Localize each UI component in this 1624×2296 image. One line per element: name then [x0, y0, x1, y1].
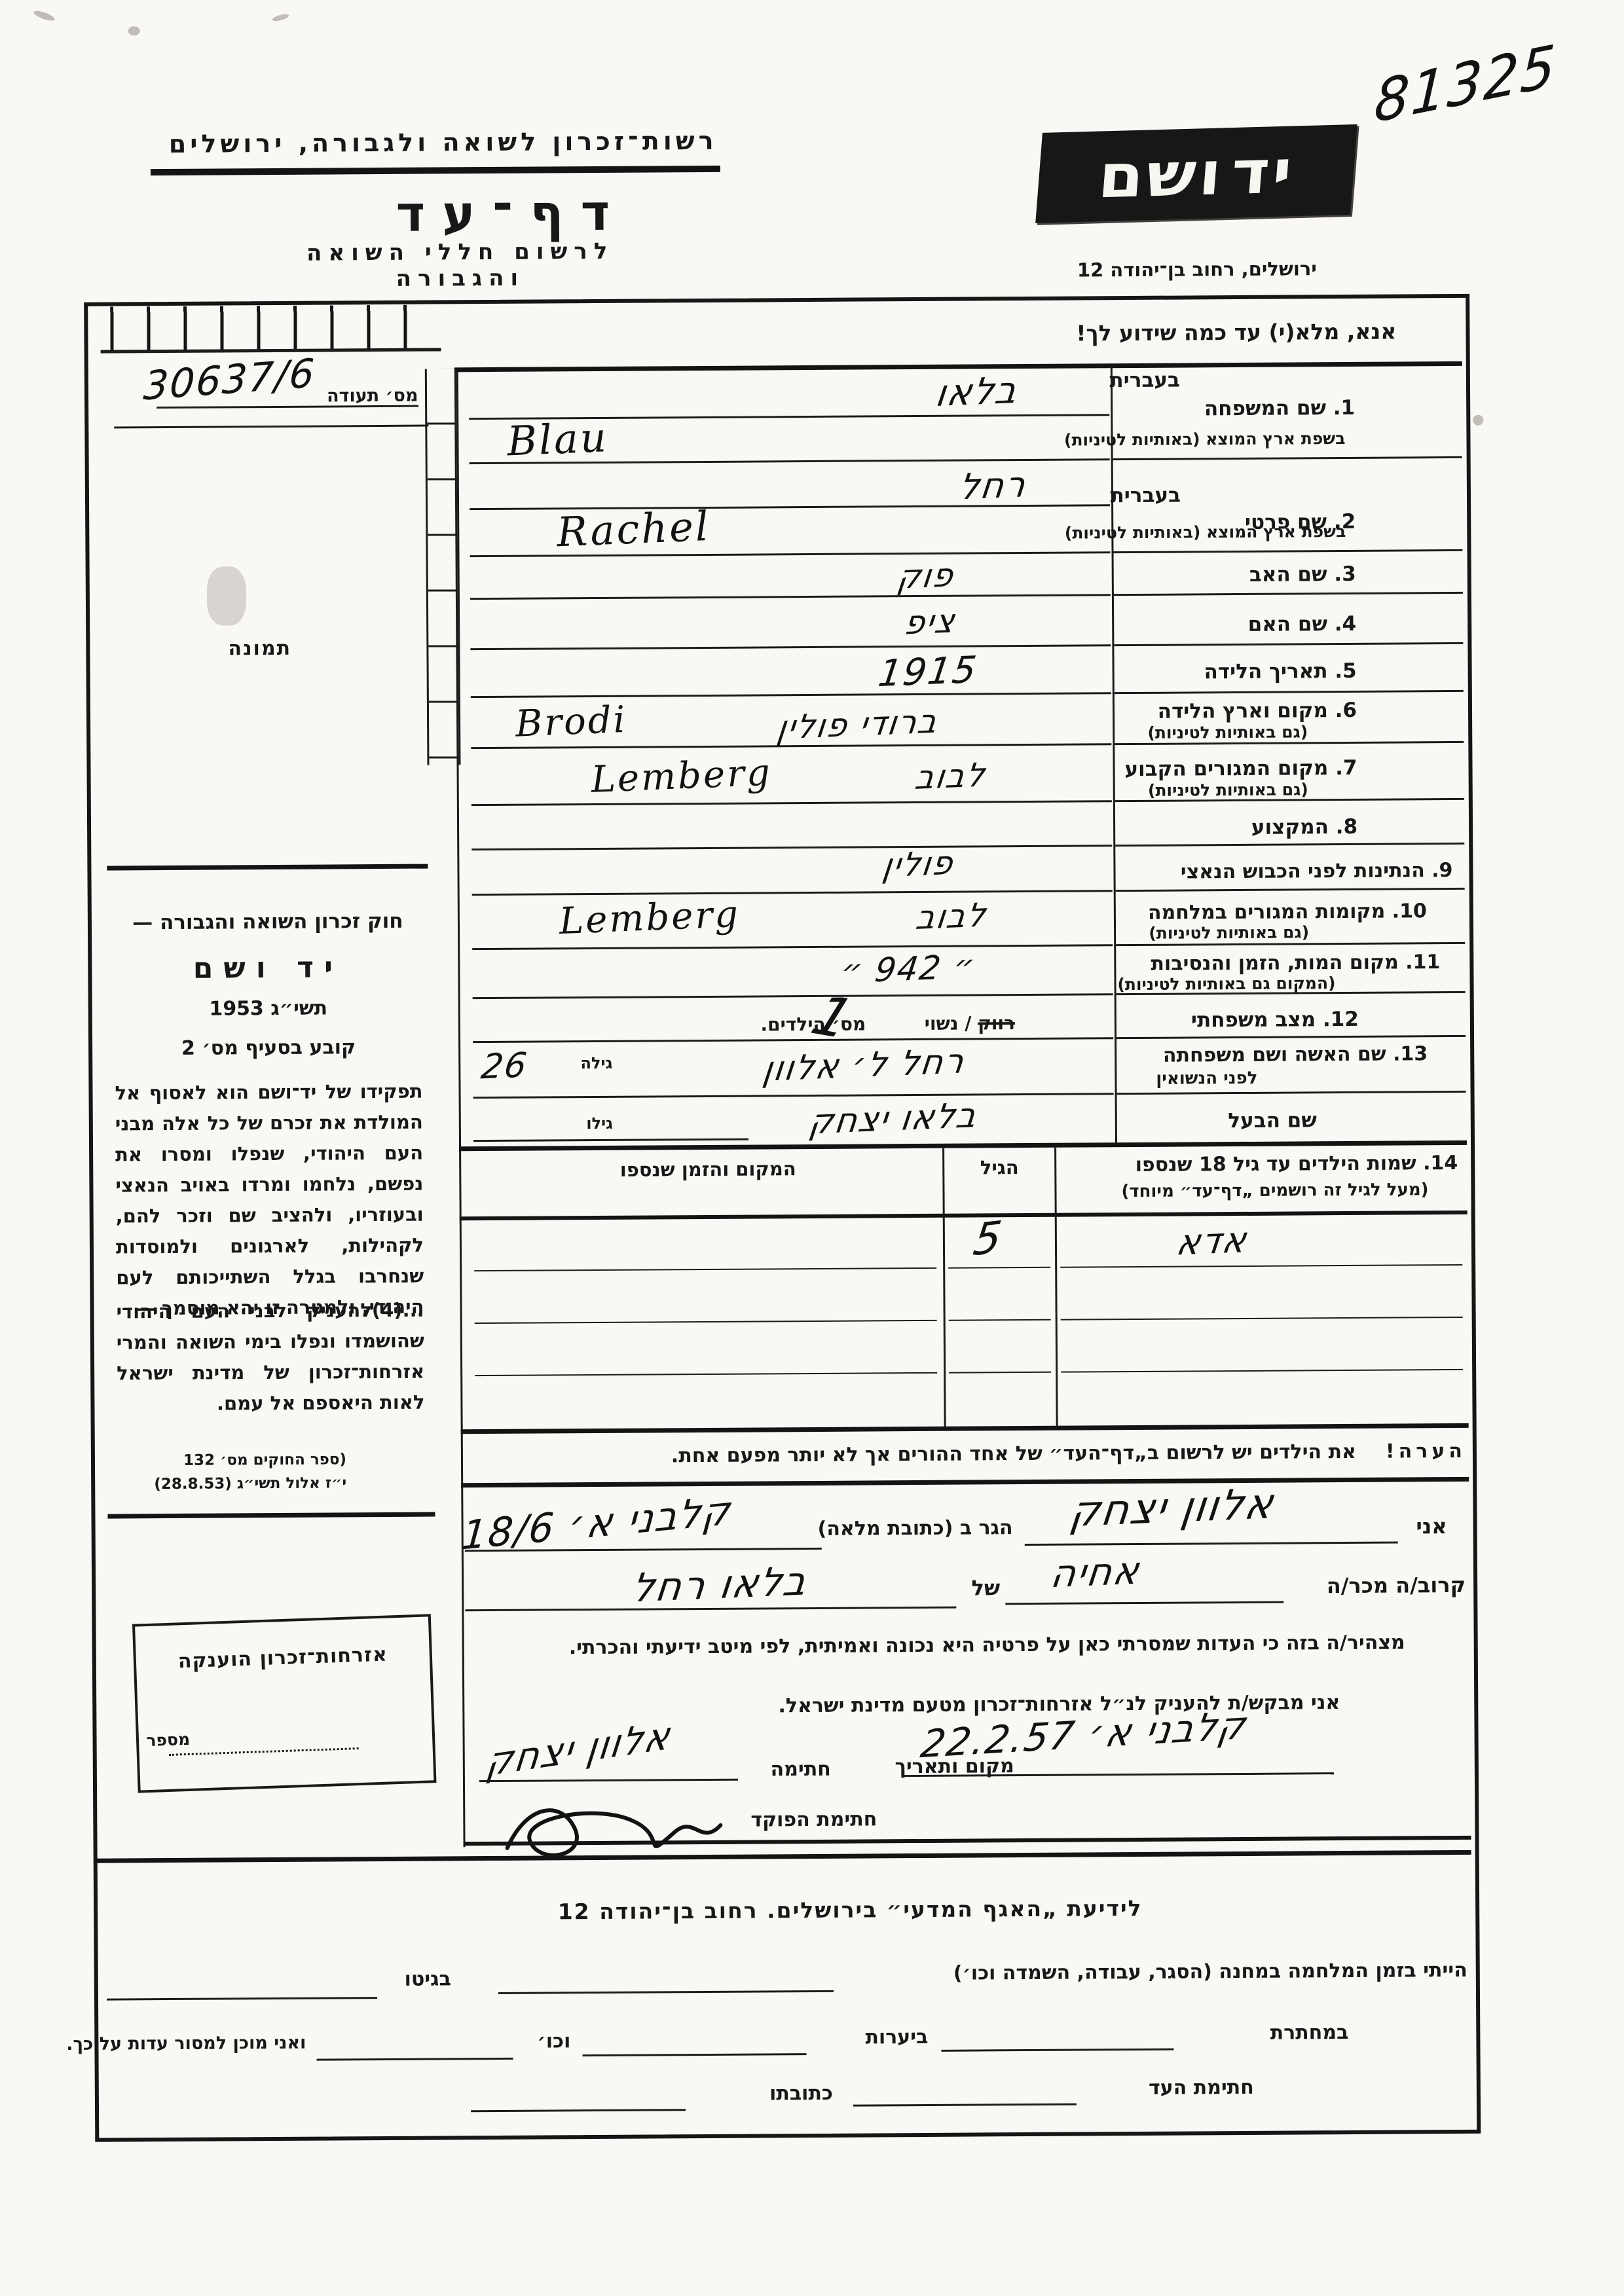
hw-war-residence-latin: Lemberg: [559, 893, 741, 943]
footer-ghetto-label: בגיטו: [404, 1967, 451, 1990]
footer-witness-signature-label: חתימת העד: [1149, 2076, 1254, 2100]
stamp-number-line: [169, 1747, 359, 1756]
doc-number-ruler-ticks: [110, 305, 434, 352]
hw-relation: אחיה: [1048, 1548, 1143, 1596]
logo-text: יד ושם: [1096, 136, 1297, 211]
yad-vashem-logo: יד ושם: [1035, 124, 1357, 223]
label-field-1: 1. שם המשפחה: [1204, 396, 1355, 420]
marital-option-single: רווק: [978, 1012, 1015, 1034]
label-field-6: 6. מקום וארץ הלידה: [1158, 699, 1357, 723]
hw-father-name: פוק: [895, 556, 957, 596]
footer-department-line: לידיעת „האגף המדעי״ בירושלים. רחוב בן־יה…: [503, 1895, 1197, 1924]
hw-citizenship: פולין: [881, 844, 957, 885]
form-instruction: אנא, מלא(י) עד כמה שידוע לך!: [1076, 318, 1403, 346]
scan-tilt-wrapper: רשות־זכרון לשואה ולגבורה, ירושלים דף־עד …: [0, 0, 1624, 2296]
label-field-12: 12. מצב משפחתי: [1191, 1008, 1359, 1032]
label-field-13-sub: לפני הנשואין: [1156, 1068, 1257, 1089]
stamp-number-label: מספר: [146, 1730, 191, 1750]
marital-option-married: / נשוי: [925, 1013, 972, 1034]
law-source-2: י״ז אלול תשי״ג (28.8.53): [124, 1474, 346, 1493]
children-col-age-header: הגיל: [953, 1156, 1045, 1179]
hw-birthplace-hebrew: ברודי פולין: [775, 702, 940, 746]
law-year-line: תשי״ג 1953: [111, 996, 426, 1021]
label-field-9: 9. הנתינות לפני הכבוש הנאצי: [1181, 859, 1453, 884]
citizenship-stamp-box: אזרחות־זכרון הוענקה מספר: [132, 1614, 437, 1793]
children-col-place-header: המקום והזמן שנספו: [498, 1157, 917, 1182]
label-hebrew-1: בעברית: [1109, 369, 1180, 393]
declaration-relation-label: קרוב/ה מכר/ה: [1327, 1573, 1466, 1598]
form-subtitle: לרשום חללי השואה והגבורה: [248, 238, 673, 293]
note-head: הערה!: [1386, 1440, 1466, 1463]
hw-family-latin: Blau: [506, 413, 609, 465]
scan-speck: [1473, 415, 1483, 426]
hw-birthplace-latin: Brodi: [515, 699, 628, 746]
label-field-7-sub: (גם באותיות לטיניות): [1148, 780, 1308, 799]
hw-family-hebrew: בלאו: [933, 369, 1021, 416]
hw-death-time: ״ 942 ״: [839, 947, 978, 991]
hw-residence-hebrew: לבוב: [913, 756, 989, 797]
children-col-names-subheader: (מעל לגיל זה רושמים „דף־עד״ מיוחד): [1121, 1180, 1428, 1201]
label-field-5: 5. תאריך הלידה: [1204, 659, 1356, 683]
stamp-granted-line: אזרחות־זכרון הוענקה: [149, 1642, 416, 1674]
label-field-7: 7. מקום המגורים הקבוע: [1124, 756, 1357, 781]
hw-first-hebrew: רחל: [957, 464, 1029, 508]
footer-underground-label: במחתרת: [1270, 2021, 1349, 2045]
label-field-11-sub: (המקום גם באותיות לטיניות): [1117, 974, 1335, 994]
hw-first-latin: Rachel: [556, 502, 711, 556]
scan-speck: [128, 26, 140, 35]
scan-speck: [272, 13, 289, 23]
hw-residence-latin: Lemberg: [590, 752, 772, 801]
children-col-names-header: 14. שמות הילדים עד גיל 18 שנספו: [1135, 1152, 1458, 1176]
hw-witness-name: אלוון יצחק: [1067, 1480, 1278, 1537]
hw-war-residence-hebrew: לבוב: [913, 896, 989, 937]
label-field-2-sub: בשפת ארץ המוצא (באותיות לטיניות): [1065, 522, 1346, 543]
clerk-signature-label: חתימת הפוקד: [750, 1808, 877, 1831]
his-age-label: גילו: [586, 1114, 613, 1133]
label-field-10: 10. מקומות המגורים במלחמה: [1148, 900, 1427, 924]
law-clause-intro: קובע בסעיף מס׳ 2: [111, 1036, 426, 1061]
hw-mother-name: ציפ: [902, 602, 958, 642]
label-field-4: 4. שם האם: [1248, 612, 1357, 636]
declaration-i-label: אני: [1416, 1514, 1447, 1539]
form-title: דף־עד: [417, 183, 627, 243]
label-field-1-sub: בשפת ארץ המוצא (באותיות לטיניות): [1064, 429, 1346, 450]
hw-wife-age: 26: [479, 1046, 530, 1087]
declaration-of-label: של: [971, 1575, 1000, 1600]
footer-forests-label: ביערות: [865, 2026, 928, 2049]
label-field-3: 3. שם האב: [1249, 562, 1356, 587]
label-field-8: 8. המקצוע: [1251, 815, 1357, 839]
law-title: חוק זכרון השואה והגבורה —: [111, 909, 425, 935]
hw-birth-year: 1915: [876, 649, 980, 696]
law-name: יד ושם: [111, 951, 425, 986]
photo-label: תמונה: [228, 637, 291, 661]
corner-number-handwritten: 81325: [1373, 32, 1559, 136]
declaration-resides-label: הגר ב (כתובת מלאה): [818, 1516, 1013, 1540]
footer-war-line: הייתי בזמן המלחמה במחנה (הסגר, עבודה, הש…: [953, 1959, 1467, 1985]
label-husband: שם הבעל: [1228, 1108, 1317, 1133]
label-field-10-sub: (גם באותיות לטיניות): [1149, 922, 1309, 942]
label-field-13: 13. שם האשה ושם משפחתה: [1163, 1042, 1428, 1066]
footer-his-address-label: כתובתו: [769, 2082, 833, 2105]
letterhead-rule: [151, 166, 720, 175]
doc-number-label: מס׳ תעודה: [327, 386, 418, 407]
label-field-11: 11. מקום המות, הזמן והנסיבות: [1151, 951, 1440, 975]
note-body: את הילדים יש לרשום ב„דף־העד״ של אחד ההור…: [671, 1440, 1356, 1467]
hw-child-name: אדא: [1174, 1219, 1250, 1264]
footer-etc-label: וכו׳: [537, 2030, 570, 2052]
signature-label: חתימה: [770, 1758, 830, 1781]
office-address: ירושלים, רחוב בן־יהודה 12: [1043, 257, 1351, 282]
letterhead-authority: רשות־זכרון לשואה ולגבורה, ירושלים: [162, 126, 725, 158]
her-age-label: גילה: [580, 1054, 612, 1072]
hw-victim-fullname: בלאו רחל: [629, 1558, 811, 1611]
law-source-1: (ספר החוקים מס׳ 132: [124, 1451, 346, 1469]
clerk-signature-scribble: [499, 1791, 729, 1878]
label-hebrew-2: בעברית: [1110, 484, 1181, 508]
law-paragraph: תפקידו של יד־ושם הוא לאסוף אל המולדת את …: [115, 1076, 424, 1324]
law-clause4: ‏...(4)להעניק לבני העם היהודי שהושמדו ונ…: [116, 1295, 424, 1420]
footer-testify-line: ואני מוכן למסור עדות על כך.: [66, 2033, 306, 2054]
hw-husband-name: בלאו יצחק: [807, 1096, 980, 1142]
scan-speck: [33, 9, 56, 23]
scanned-testimony-page: רשות־זכרון לשואה ולגבורה, ירושלים דף־עד …: [0, 0, 1624, 2296]
label-field-6-sub: (גם באותיות לטיניות): [1147, 722, 1308, 742]
